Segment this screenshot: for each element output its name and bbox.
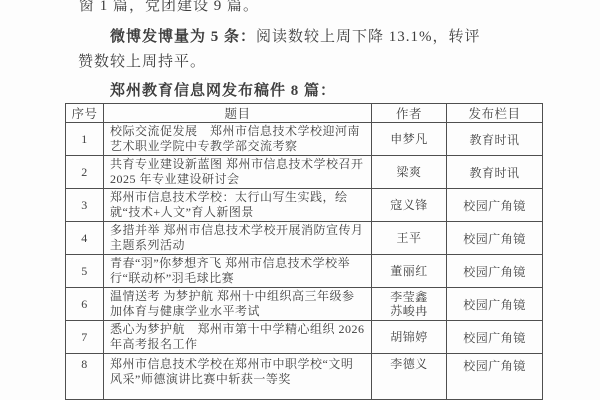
cell-column: 教育时讯 [447,123,543,156]
cell-title: 多措并举 郑州市信息技术学校开展消防宣传月主题系列活动 [104,222,372,255]
cell-title: 共育专业建设新蓝图 郑州市信息技术学校召开 2025 年专业建设研讨会 [104,156,372,189]
col-header-no: 序号 [66,104,104,123]
cell-no: 7 [66,321,104,354]
cell-title: 校际交流促发展 郑州市信息技术学校迎河南艺术职业学院中专教学部交流考察 [104,123,372,156]
cell-column: 校园广角镜 [447,255,543,288]
table-row: 4 多措并举 郑州市信息技术学校开展消防宣传月主题系列活动 王平 校园广角镜 [66,222,543,255]
cell-no: 2 [66,156,104,189]
cell-author: 申梦凡 [372,123,447,156]
cell-no: 3 [66,189,104,222]
table-row: 7 悉心为梦护航 郑州市第十中学精心组织 2026 年高考报名工作 胡锦婷 校园… [66,321,543,354]
cell-title: 青春“羽”你梦想齐飞 郑州市信息技术学校举行“联动杯”羽毛球比赛 [104,255,372,288]
table-row: 3 郑州市信息技术学校：太行山写生实践，绘就“技术+人文”育人新图景 寇义锋 校… [66,189,543,222]
cell-author: 董丽红 [372,255,447,288]
cell-author: 寇义锋 [372,189,447,222]
cell-no: 6 [66,288,104,321]
cell-no: 1 [66,123,104,156]
cell-author: 李莹鑫 苏峻冉 [372,288,447,321]
cell-title: 郑州市信息技术学校在郑州市中职学校“文明风采”师德演讲比赛中斩获一等奖 [104,354,372,400]
cell-column: 校园广角镜 [447,288,543,321]
cell-column: 教育时讯 [447,156,543,189]
col-header-title: 题目 [104,104,372,123]
table-section-heading: 郑州教育信息网发布稿件 8 篇： [110,81,336,101]
cell-author: 王平 [372,222,447,255]
cell-title: 郑州市信息技术学校：太行山写生实践，绘就“技术+人文”育人新图景 [104,189,372,222]
table-row: 1 校际交流促发展 郑州市信息技术学校迎河南艺术职业学院中专教学部交流考察 申梦… [66,123,543,156]
table-row: 6 温情送考 为梦护航 郑州十中组织高三年级参加体育与健康学业水平考试 李莹鑫 … [66,288,543,321]
table-row: 5 青春“羽”你梦想齐飞 郑州市信息技术学校举行“联动杯”羽毛球比赛 董丽红 校… [66,255,543,288]
cell-author: 李德义 [372,354,447,400]
table-row: 2 共育专业建设新蓝图 郑州市信息技术学校召开 2025 年专业建设研讨会 梁爽… [66,156,543,189]
cell-no: 8 [66,354,104,400]
cell-column: 校园广角镜 [447,354,543,400]
table-header-row: 序号 题目 作者 发布栏目 [66,104,543,123]
col-header-author: 作者 [372,104,447,123]
cell-column: 校园广角镜 [447,222,543,255]
articles-table: 序号 题目 作者 发布栏目 1 校际交流促发展 郑州市信息技术学校迎河南艺术职业… [65,103,543,400]
document-page: 窗 1 篇，党团建设 9 篇。 微博发博量为 5 条：阅读数较上周下降 13.1… [0,0,600,400]
paragraph-weibo-stats: 微博发博量为 5 条：阅读数较上周下降 13.1%，转评 [110,27,481,47]
cell-column: 校园广角镜 [447,189,543,222]
cell-no: 4 [66,222,104,255]
weibo-stats-bold-segment: 微博发博量为 5 条： [110,29,256,45]
table-row: 8 郑州市信息技术学校在郑州市中职学校“文明风采”师德演讲比赛中斩获一等奖 李德… [66,354,543,400]
col-header-column: 发布栏目 [447,104,543,123]
paragraph-category-stats: 窗 1 篇，党团建设 9 篇。 [79,0,259,16]
cell-author: 梁爽 [372,156,447,189]
cell-title: 温情送考 为梦护航 郑州十中组织高三年级参加体育与健康学业水平考试 [104,288,372,321]
cell-no: 5 [66,255,104,288]
cell-author: 胡锦婷 [372,321,447,354]
weibo-stats-regular-segment: 阅读数较上周下降 13.1%，转评 [256,29,481,45]
cell-column: 校园广角镜 [447,321,543,354]
paragraph-weibo-stats-continuation: 赞数较上周持平。 [78,52,206,72]
cell-title: 悉心为梦护航 郑州市第十中学精心组织 2026 年高考报名工作 [104,321,372,354]
